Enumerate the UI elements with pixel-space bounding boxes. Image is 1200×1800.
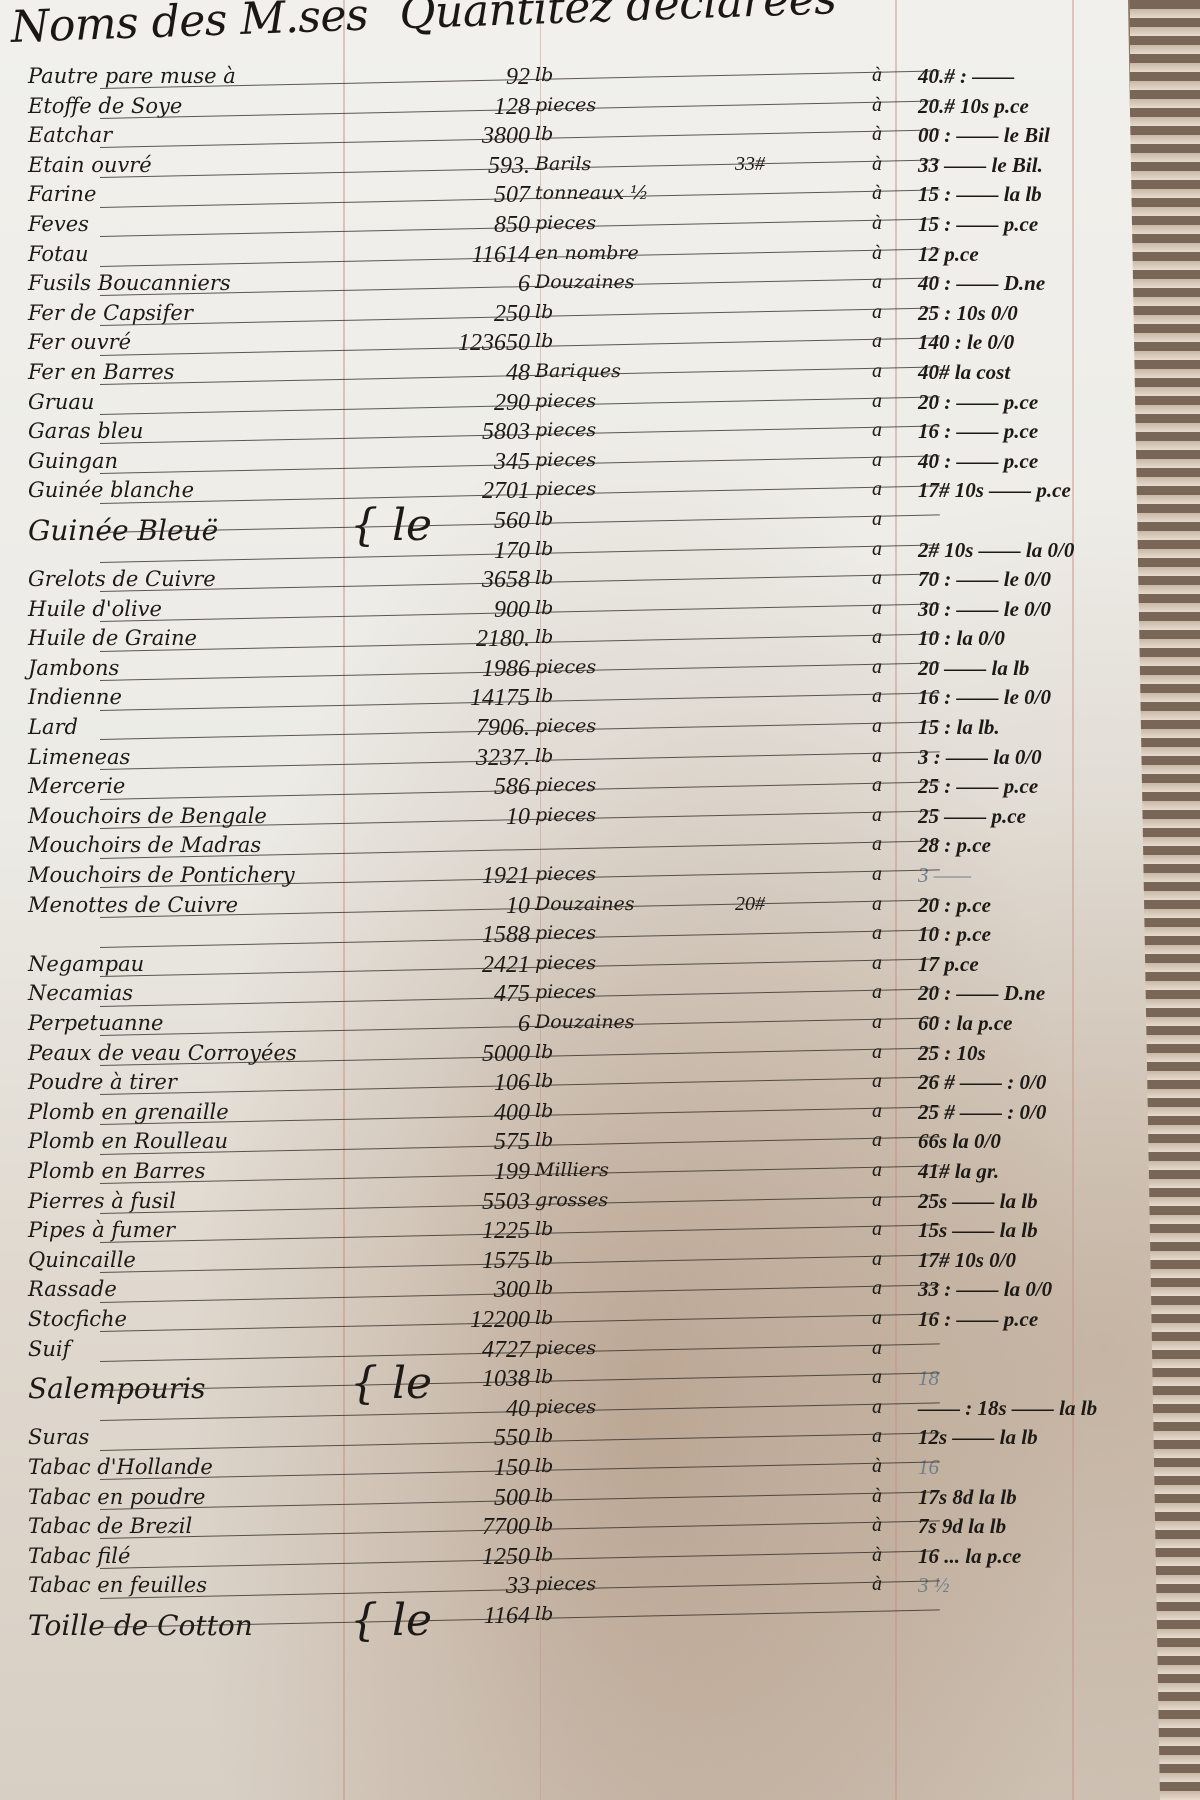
ledger-row: Salempouris{ le1038lba18: [0, 1364, 1100, 1394]
item-price: 2# 10s —— la 0/0: [918, 538, 1074, 563]
item-quantity: 3658: [395, 567, 530, 594]
ledger-row: Quincaille1575lba17# 10s 0/0: [0, 1246, 1100, 1276]
item-unit: lb: [535, 567, 553, 589]
item-quantity: 1588: [395, 922, 530, 949]
item-quantity: 250: [395, 301, 530, 328]
item-price-prefix: a: [872, 597, 882, 620]
ledger-row: Perpetuanne6Douzainesa60 : la p.ce: [0, 1009, 1100, 1039]
item-quantity: 2180.: [395, 626, 530, 653]
item-price-prefix: a: [872, 863, 882, 886]
item-price-prefix: à: [872, 1485, 882, 1508]
item-unit: pieces: [535, 715, 596, 737]
item-quantity: 900: [395, 597, 530, 624]
item-price-prefix: a: [872, 1011, 882, 1034]
item-quantity: 12200: [395, 1307, 530, 1334]
item-quantity: 1250: [395, 1544, 530, 1571]
item-unit: en nombre: [535, 242, 639, 264]
item-price-prefix: a: [872, 1159, 882, 1182]
ledger-row: Menottes de Cuivre10Douzaines20#a20 : p.…: [0, 891, 1100, 921]
item-name: Gruau: [28, 390, 94, 414]
ledger-row: Jambons1986piecesa20 —— la lb: [0, 654, 1100, 684]
ledger-row: Etain ouvré593.Barils33#à33 —— le Bil.: [0, 151, 1100, 181]
ledger-row: 40piecesa—— : 18s —— la lb: [0, 1394, 1100, 1424]
ledger-row: Farine507tonneaux ½à15 : —— la lb: [0, 180, 1100, 210]
item-price: 18: [918, 1366, 939, 1391]
item-unit: pieces: [535, 774, 596, 796]
item-name: Huile de Graine: [28, 626, 197, 650]
item-unit: lb: [535, 508, 553, 530]
item-unit: lb: [535, 1218, 553, 1240]
item-price: 33 : —— la 0/0: [918, 1277, 1052, 1302]
item-price-prefix: a: [872, 626, 882, 649]
item-quantity: 850: [395, 212, 530, 239]
ledger-row: Poudre à tirer106lba26 # —— : 0/0: [0, 1068, 1100, 1098]
item-quantity: 6: [395, 1011, 530, 1038]
ledger-row: Fer ouvré123650lba140 : le 0/0: [0, 328, 1100, 358]
ledger-row: Mouchoirs de Bengale10piecesa25 —— p.ce: [0, 802, 1100, 832]
ledger-row: Lard7906.piecesa15 : la lb.: [0, 713, 1100, 743]
item-price-prefix: a: [872, 271, 882, 294]
item-price: 20 : p.ce: [918, 893, 991, 918]
item-name: Necamias: [28, 981, 133, 1005]
item-unit: Barils: [535, 153, 591, 175]
ledger-row: Pipes à fumer1225lba15s —— la lb: [0, 1216, 1100, 1246]
item-price: 25 # —— : 0/0: [918, 1100, 1046, 1125]
item-price-prefix: a: [872, 893, 882, 916]
ledger-row: Fer en Barres48Bariquesa40# la cost: [0, 358, 1100, 388]
item-price: 16 ... la p.ce: [918, 1544, 1021, 1569]
item-price-prefix: a: [872, 390, 882, 413]
item-unit: pieces: [535, 863, 596, 885]
item-price: 20.# 10s p.ce: [918, 94, 1029, 119]
item-price-prefix: à: [872, 153, 882, 176]
item-price: 70 : —— le 0/0: [918, 567, 1051, 592]
item-unit: lb: [535, 1603, 553, 1625]
item-quantity: 7700: [395, 1514, 530, 1541]
item-unit: lb: [535, 1129, 553, 1151]
ledger-row: Plomb en Roulleau575lba66s la 0/0: [0, 1127, 1100, 1157]
item-quantity: 92: [395, 64, 530, 91]
item-quantity: 10: [395, 893, 530, 920]
item-price-prefix: a: [872, 360, 882, 383]
item-price: 60 : la p.ce: [918, 1011, 1012, 1036]
item-price: 40.# : ——: [918, 64, 1014, 89]
item-price: 25 : 10s: [918, 1041, 986, 1066]
item-unit: lb: [535, 626, 553, 648]
item-quantity: 2421: [395, 952, 530, 979]
item-quantity: 5803: [395, 419, 530, 446]
item-price-prefix: a: [872, 715, 882, 738]
item-price: 16: [918, 1455, 939, 1480]
item-unit: pieces: [535, 390, 596, 412]
ledger-row: 170lba2# 10s —— la 0/0: [0, 536, 1100, 566]
header-quantities-column: Quantitez déclarées: [399, 0, 837, 39]
item-unit: pieces: [535, 981, 596, 1003]
ledger-row: Grelots de Cuivre3658lba70 : —— le 0/0: [0, 565, 1100, 595]
ledger-row: Plomb en grenaille400lba25 # —— : 0/0: [0, 1098, 1100, 1128]
ledger-row: Tabac d'Hollande150lbà16: [0, 1453, 1100, 1483]
item-unit: lb: [535, 685, 553, 707]
ledger-row: Etoffe de Soye128piecesà20.# 10s p.ce: [0, 92, 1100, 122]
item-price: 40# la cost: [918, 360, 1010, 385]
ledger-row: Stocfiche12200lba16 : —— p.ce: [0, 1305, 1100, 1335]
item-unit: pieces: [535, 478, 596, 500]
item-price-prefix: a: [872, 1129, 882, 1152]
item-unit: Douzaines: [535, 1011, 635, 1033]
item-quantity: 290: [395, 390, 530, 417]
item-price-prefix: a: [872, 952, 882, 975]
item-name: Fer de Capsifer: [28, 301, 193, 325]
item-price: 16 : —— p.ce: [918, 419, 1038, 444]
item-name: Mouchoirs de Madras: [28, 833, 261, 857]
item-unit: lb: [535, 1307, 553, 1329]
item-price-prefix: a: [872, 1248, 882, 1271]
item-price-prefix: a: [872, 478, 882, 501]
item-quantity: 170: [395, 538, 530, 565]
item-unit: pieces: [535, 1337, 596, 1359]
item-quantity: 586: [395, 774, 530, 801]
item-price: 26 # —— : 0/0: [918, 1070, 1046, 1095]
item-name: Garas bleu: [28, 419, 143, 443]
item-unit: lb: [535, 123, 553, 145]
item-price-prefix: à: [872, 212, 882, 235]
item-quantity: 1038: [395, 1366, 530, 1393]
ledger-row: Fusils Boucanniers6Douzainesa40 : —— D.n…: [0, 269, 1100, 299]
item-name: Suif: [28, 1337, 70, 1361]
item-price: 25 : —— p.ce: [918, 774, 1038, 799]
item-quantity: 507: [395, 182, 530, 209]
ledger-row: Eatchar3800lbà00 : —— le Bil: [0, 121, 1100, 151]
item-unit: pieces: [535, 804, 596, 826]
item-price: 00 : —— le Bil: [918, 123, 1050, 148]
item-price: 25 —— p.ce: [918, 804, 1026, 829]
item-price: 28 : p.ce: [918, 833, 991, 858]
item-price: 12 p.ce: [918, 242, 979, 267]
item-price-prefix: a: [872, 1396, 882, 1419]
item-price: 30 : —— le 0/0: [918, 597, 1051, 622]
item-name: Negampau: [28, 952, 144, 976]
item-quantity: 1575: [395, 1248, 530, 1275]
item-name: Quincaille: [28, 1248, 136, 1272]
item-price-prefix: a: [872, 330, 882, 353]
item-name: Poudre à tirer: [28, 1070, 177, 1094]
item-name: Suras: [28, 1425, 89, 1449]
item-price: 17# 10s —— p.ce: [918, 478, 1071, 503]
ledger-row: 1588piecesa10 : p.ce: [0, 920, 1100, 950]
item-name: Tabac en feuilles: [28, 1573, 207, 1597]
ledger-row: Suras550lba12s —— la lb: [0, 1423, 1100, 1453]
item-price-prefix: à: [872, 242, 882, 265]
item-price-prefix: a: [872, 981, 882, 1004]
ledger-row: Feves850piecesà15 : —— p.ce: [0, 210, 1100, 240]
item-unit: lb: [535, 745, 553, 767]
item-unit: Bariques: [535, 360, 621, 382]
item-price-prefix: a: [872, 538, 882, 561]
ledger-row: Mercerie586piecesa25 : —— p.ce: [0, 772, 1100, 802]
item-unit: lb: [535, 1100, 553, 1122]
item-unit: lb: [535, 538, 553, 560]
item-name: Huile d'olive: [28, 597, 162, 621]
item-quantity: 5503: [395, 1189, 530, 1216]
item-price-prefix: a: [872, 508, 882, 531]
item-quantity: 475: [395, 981, 530, 1008]
item-name: Feves: [28, 212, 89, 236]
item-price-prefix: à: [872, 1455, 882, 1478]
item-price-prefix: a: [872, 685, 882, 708]
item-quantity: 1986: [395, 656, 530, 683]
item-price-prefix: a: [872, 1100, 882, 1123]
item-price-prefix: a: [872, 745, 882, 768]
ledger-row: Tabac en poudre500lbà17s 8d la lb: [0, 1483, 1100, 1513]
item-price: 25s —— la lb: [918, 1189, 1038, 1214]
item-quantity: 10: [395, 804, 530, 831]
ledger-row: Mouchoirs de Madrasa28 : p.ce: [0, 831, 1100, 861]
ledger-row: Fotau11614en nombreà12 p.ce: [0, 240, 1100, 270]
item-price-prefix: a: [872, 301, 882, 324]
item-price: 33 —— le Bil.: [918, 153, 1043, 178]
item-name: Indienne: [28, 685, 122, 709]
item-quantity: 300: [395, 1277, 530, 1304]
item-price: 17 p.ce: [918, 952, 979, 977]
item-price: 16 : —— le 0/0: [918, 685, 1051, 710]
item-name: Tabac d'Hollande: [28, 1455, 213, 1479]
item-quantity: 123650: [395, 330, 530, 357]
item-price-prefix: a: [872, 922, 882, 945]
item-unit: lb: [535, 1041, 553, 1063]
ledger-row: Toille de Cotton{ le1164lb: [0, 1601, 1100, 1631]
item-price: 7s 9d la lb: [918, 1514, 1006, 1539]
ledger-row: Guingan345piecesa40 : —— p.ce: [0, 447, 1100, 477]
header-names-column: Noms des M.ses: [10, 0, 369, 53]
item-unit: pieces: [535, 1396, 596, 1418]
ledger-row: Fer de Capsifer250lba25 : 10s 0/0: [0, 299, 1100, 329]
item-price-prefix: a: [872, 567, 882, 590]
ledger-row: Garas bleu5803piecesa16 : —— p.ce: [0, 417, 1100, 447]
item-price: 15s —— la lb: [918, 1218, 1038, 1243]
item-quantity: 593.: [395, 153, 530, 180]
item-name: Mercerie: [28, 774, 125, 798]
item-unit: lb: [535, 1485, 553, 1507]
item-unit: lb: [535, 301, 553, 323]
item-name: Tabac en poudre: [28, 1485, 205, 1509]
ledger-row: Indienne14175lba16 : —— le 0/0: [0, 683, 1100, 713]
item-price: 16 : —— p.ce: [918, 1307, 1038, 1332]
item-quantity: 400: [395, 1100, 530, 1127]
item-name: Fer en Barres: [28, 360, 174, 384]
item-name: Guingan: [28, 449, 118, 473]
item-unit: lb: [535, 597, 553, 619]
item-price-prefix: a: [872, 1366, 882, 1389]
item-quantity: 5000: [395, 1041, 530, 1068]
ledger-table: Pautre pare muse à92lbà40.# : ——Etoffe d…: [0, 62, 1100, 1630]
item-quantity: 14175: [395, 685, 530, 712]
item-unit: lb: [535, 1070, 553, 1092]
item-quantity: 40: [395, 1396, 530, 1423]
item-quantity: 345: [395, 449, 530, 476]
ledger-row: Tabac filé1250lbà16 ... la p.ce: [0, 1542, 1100, 1572]
item-quantity: 48: [395, 360, 530, 387]
item-quantity: 1921: [395, 863, 530, 890]
item-name: Etoffe de Soye: [28, 94, 182, 118]
item-unit: pieces: [535, 952, 596, 974]
item-name: Lard: [28, 715, 78, 739]
ledger-header: Noms des M.ses Quantitez déclarées: [10, 0, 855, 53]
item-price: 3 ——: [918, 863, 971, 888]
item-price-prefix: a: [872, 833, 882, 856]
item-quantity: 6: [395, 271, 530, 298]
item-name: Plomb en grenaille: [28, 1100, 229, 1124]
item-quantity: 3800: [395, 123, 530, 150]
item-name: Jambons: [28, 656, 119, 680]
item-quantity: 199: [395, 1159, 530, 1186]
item-name: Eatchar: [28, 123, 112, 147]
item-quantity: 500: [395, 1485, 530, 1512]
item-name: Tabac filé: [28, 1544, 130, 1568]
ledger-row: Guinée Bleuë{ le560lba: [0, 506, 1100, 536]
item-price: 66s la 0/0: [918, 1129, 1001, 1154]
item-name: Fusils Boucanniers: [28, 271, 231, 295]
item-name: Farine: [28, 182, 96, 206]
item-unit: pieces: [535, 1573, 596, 1595]
item-price-prefix: a: [872, 656, 882, 679]
item-name: Pipes à fumer: [28, 1218, 175, 1242]
item-price: 15 : —— p.ce: [918, 212, 1038, 237]
item-price-prefix: a: [872, 1425, 882, 1448]
ledger-row: Huile de Graine2180.lba10 : la 0/0: [0, 624, 1100, 654]
item-unit: lb: [535, 330, 553, 352]
item-unit: pieces: [535, 449, 596, 471]
item-price-prefix: à: [872, 123, 882, 146]
item-quantity: 7906.: [395, 715, 530, 742]
item-quantity: 560: [395, 508, 530, 535]
item-price: 20 —— la lb: [918, 656, 1029, 681]
item-unit: Douzaines: [535, 893, 635, 915]
item-price-prefix: a: [872, 1277, 882, 1300]
ledger-row: Mouchoirs de Pontichery1921piecesa3 ——: [0, 861, 1100, 891]
item-price: 3 ½: [918, 1573, 950, 1598]
item-unit: grosses: [535, 1189, 608, 1211]
item-price: 15 : —— la lb: [918, 182, 1042, 207]
item-price-prefix: a: [872, 1337, 882, 1360]
item-price-prefix: a: [872, 1189, 882, 1212]
item-quantity: 128: [395, 94, 530, 121]
item-name: Menottes de Cuivre: [28, 893, 238, 917]
ledger-row: Pierres à fusil5503grossesa25s —— la lb: [0, 1187, 1100, 1217]
item-unit: lb: [535, 1425, 553, 1447]
ledger-row: Peaux de veau Corroyées5000lba25 : 10s: [0, 1039, 1100, 1069]
item-unit: lb: [535, 1366, 553, 1388]
item-unit: lb: [535, 64, 553, 86]
ledger-row: Negampau2421piecesa17 p.ce: [0, 950, 1100, 980]
item-unit: lb: [535, 1277, 553, 1299]
item-unit: lb: [535, 1544, 553, 1566]
item-price-prefix: à: [872, 1514, 882, 1537]
item-price: 25 : 10s 0/0: [918, 301, 1018, 326]
item-price-prefix: a: [872, 1070, 882, 1093]
item-price: 20 : —— D.ne: [918, 981, 1045, 1006]
item-price-prefix: a: [872, 774, 882, 797]
item-unit: pieces: [535, 922, 596, 944]
ledger-row: Tabac en feuilles33piecesà3 ½: [0, 1571, 1100, 1601]
item-name: Perpetuanne: [28, 1011, 164, 1035]
item-name: Fotau: [28, 242, 89, 266]
item-quantity: 1164: [395, 1603, 530, 1630]
item-unit: lb: [535, 1514, 553, 1536]
ledger-row: Guinée blanche2701piecesa17# 10s —— p.ce: [0, 476, 1100, 506]
ledger-row: Pautre pare muse à92lbà40.# : ——: [0, 62, 1100, 92]
item-name: Pierres à fusil: [28, 1189, 176, 1213]
item-name: Mouchoirs de Bengale: [28, 804, 267, 828]
item-name: Grelots de Cuivre: [28, 567, 216, 591]
ledger-row: Huile d'olive900lba30 : —— le 0/0: [0, 595, 1100, 625]
item-price: 10 : p.ce: [918, 922, 991, 947]
ledger-row: Necamias475piecesa20 : —— D.ne: [0, 979, 1100, 1009]
ledger-row: Plomb en Barres199Milliersa41# la gr.: [0, 1157, 1100, 1187]
item-price-prefix: à: [872, 94, 882, 117]
item-quantity: 575: [395, 1129, 530, 1156]
item-price: 40 : —— D.ne: [918, 271, 1045, 296]
item-unit: Milliers: [535, 1159, 609, 1181]
item-price: 17# 10s 0/0: [918, 1248, 1016, 1273]
item-quantity: 11614: [395, 242, 530, 269]
item-price: 12s —— la lb: [918, 1425, 1038, 1450]
ledger-row: Suif4727piecesa: [0, 1335, 1100, 1365]
ledger-row: Limeneas3237.lba3 : —— la 0/0: [0, 743, 1100, 773]
item-price: 17s 8d la lb: [918, 1485, 1017, 1510]
item-price-prefix: à: [872, 1544, 882, 1567]
item-unit: lb: [535, 1455, 553, 1477]
item-price-prefix: à: [872, 64, 882, 87]
ledger-row: Tabac de Brezil7700lbà7s 9d la lb: [0, 1512, 1100, 1542]
ledger-page: Noms des M.ses Quantitez déclarées Pautr…: [0, 0, 1160, 1800]
item-quantity: 150: [395, 1455, 530, 1482]
item-unit: pieces: [535, 419, 596, 441]
item-price-prefix: a: [872, 1307, 882, 1330]
item-price: —— : 18s —— la lb: [918, 1396, 1097, 1421]
item-price-prefix: a: [872, 449, 882, 472]
item-price: 41# la gr.: [918, 1159, 999, 1184]
item-quantity: 106: [395, 1070, 530, 1097]
item-name: Etain ouvré: [28, 153, 152, 177]
item-name: Tabac de Brezil: [28, 1514, 192, 1538]
item-unit: pieces: [535, 656, 596, 678]
item-unit: pieces: [535, 212, 596, 234]
item-price-prefix: a: [872, 1041, 882, 1064]
item-price-prefix: à: [872, 1573, 882, 1596]
item-unit: tonneaux ½: [535, 182, 649, 204]
item-price: 3 : —— la 0/0: [918, 745, 1042, 770]
item-quantity: 1225: [395, 1218, 530, 1245]
item-unit: pieces: [535, 94, 596, 116]
item-price-prefix: a: [872, 1218, 882, 1241]
ledger-row: Gruau290piecesa20 : —— p.ce: [0, 388, 1100, 418]
ledger-row: Rassade300lba33 : —— la 0/0: [0, 1275, 1100, 1305]
item-price: 10 : la 0/0: [918, 626, 1005, 651]
item-price-prefix: a: [872, 419, 882, 442]
item-price-prefix: a: [872, 804, 882, 827]
item-price-prefix: à: [872, 182, 882, 205]
item-price: 20 : —— p.ce: [918, 390, 1038, 415]
item-name: Fer ouvré: [28, 330, 131, 354]
item-price: 40 : —— p.ce: [918, 449, 1038, 474]
item-unit: Douzaines: [535, 271, 635, 293]
item-price: 140 : le 0/0: [918, 330, 1014, 355]
item-name: Plomb en Roulleau: [28, 1129, 228, 1153]
item-name: Guinée blanche: [28, 478, 194, 502]
item-price: 15 : la lb.: [918, 715, 1000, 740]
item-name: Rassade: [28, 1277, 117, 1301]
item-name: Plomb en Barres: [28, 1159, 205, 1183]
